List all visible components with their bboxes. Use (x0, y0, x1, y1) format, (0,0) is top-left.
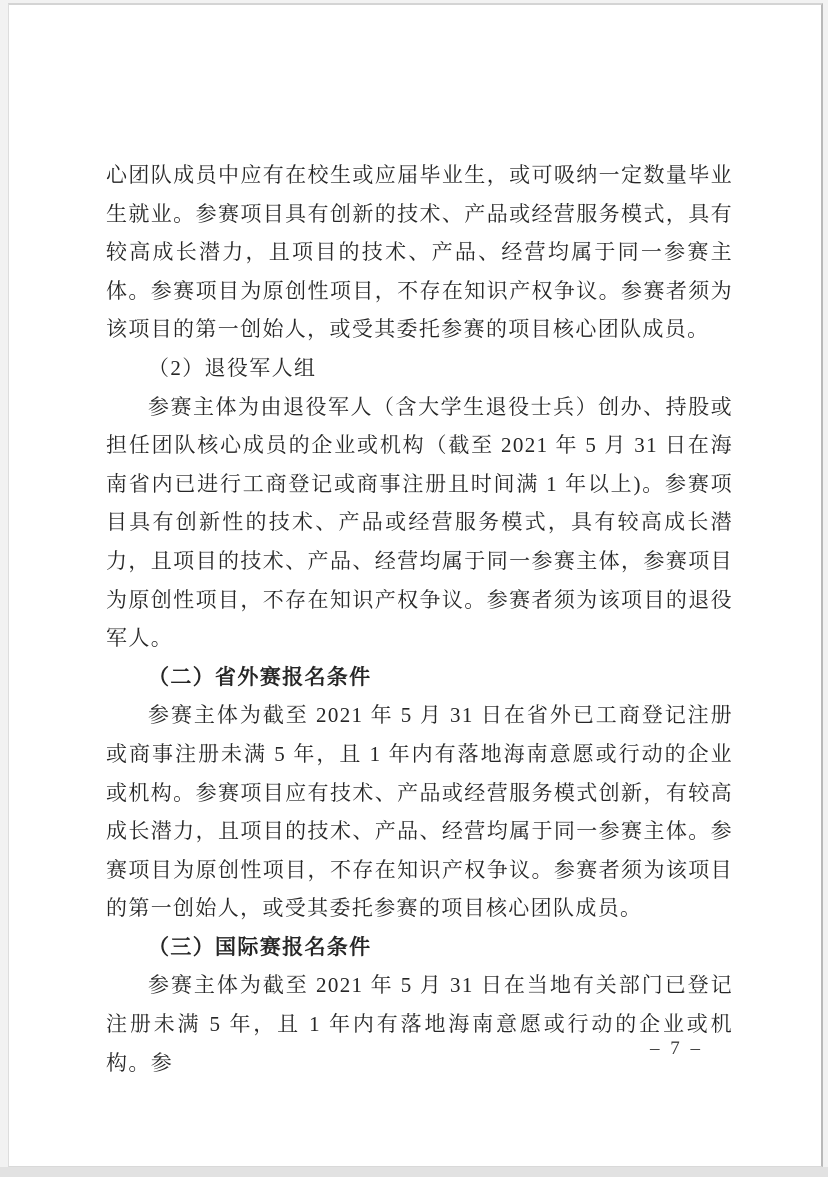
subheading-veterans-group: （2）退役军人组 (106, 349, 733, 388)
document-body-text: 心团队成员中应有在校生或应届毕业生，或可吸纳一定数量毕业生就业。参赛项目具有创新… (106, 156, 733, 1082)
paragraph-international-requirements: 参赛主体为截至 2021 年 5 月 31 日在当地有关部门已登记注册未满 5 … (106, 966, 733, 1082)
scan-canvas: { "doc": { "page_number": "– 7 –", "para… (0, 0, 828, 1177)
paragraph-core-team-continued: 心团队成员中应有在校生或应届毕业生，或可吸纳一定数量毕业生就业。参赛项目具有创新… (106, 156, 733, 349)
paragraph-veterans-requirements: 参赛主体为由退役军人（含大学生退役士兵）创办、持股或担任团队核心成员的企业或机构… (106, 388, 733, 658)
document-page: 心团队成员中应有在校生或应届毕业生，或可吸纳一定数量毕业生就业。参赛项目具有创新… (8, 3, 823, 1167)
page-number: – 7 – (9, 1038, 703, 1060)
scan-bottom-edge (0, 1167, 828, 1177)
heading-international-conditions: （三）国际赛报名条件 (106, 928, 733, 967)
paragraph-outside-province-requirements: 参赛主体为截至 2021 年 5 月 31 日在省外已工商登记注册或商事注册未满… (106, 696, 733, 928)
heading-outside-province-conditions: （二）省外赛报名条件 (106, 658, 733, 697)
